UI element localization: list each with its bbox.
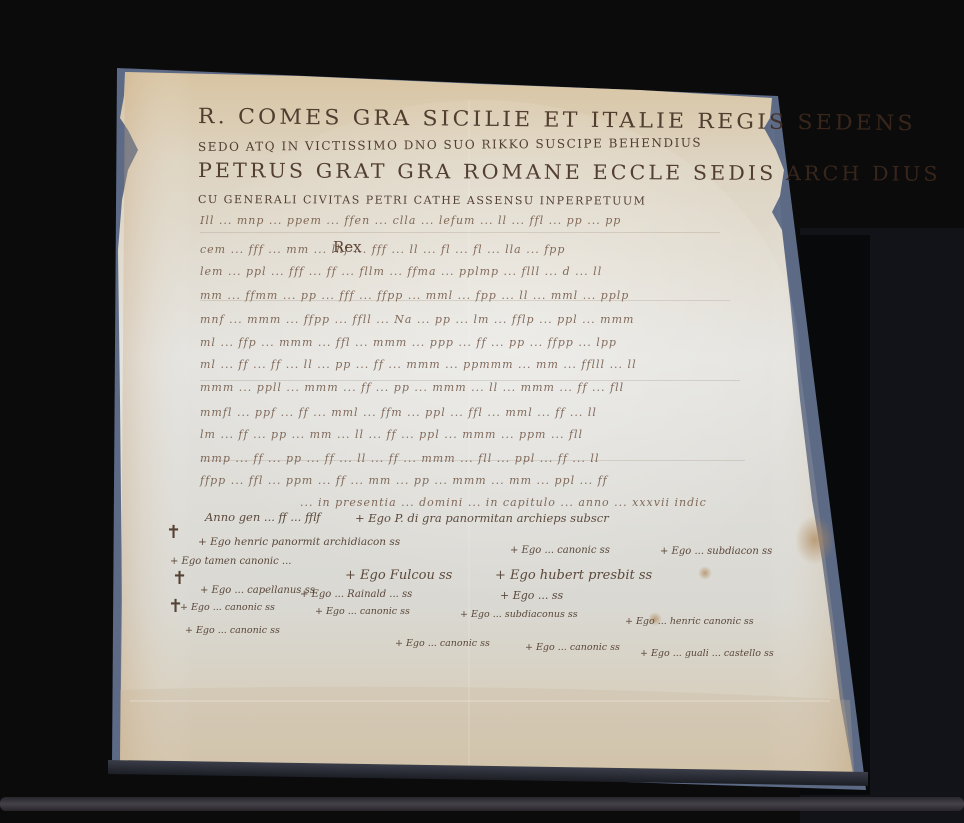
ruling-line (200, 232, 720, 233)
ruling-line (200, 300, 730, 301)
stain-spot (698, 566, 712, 580)
crease-horizontal (130, 700, 830, 702)
crease-vertical (468, 100, 470, 770)
stain-right-edge (795, 515, 835, 565)
ruling-line (200, 380, 740, 381)
display-case-rail-reflection (0, 797, 964, 811)
ruling-line (200, 460, 745, 461)
stain-spot (648, 612, 662, 626)
